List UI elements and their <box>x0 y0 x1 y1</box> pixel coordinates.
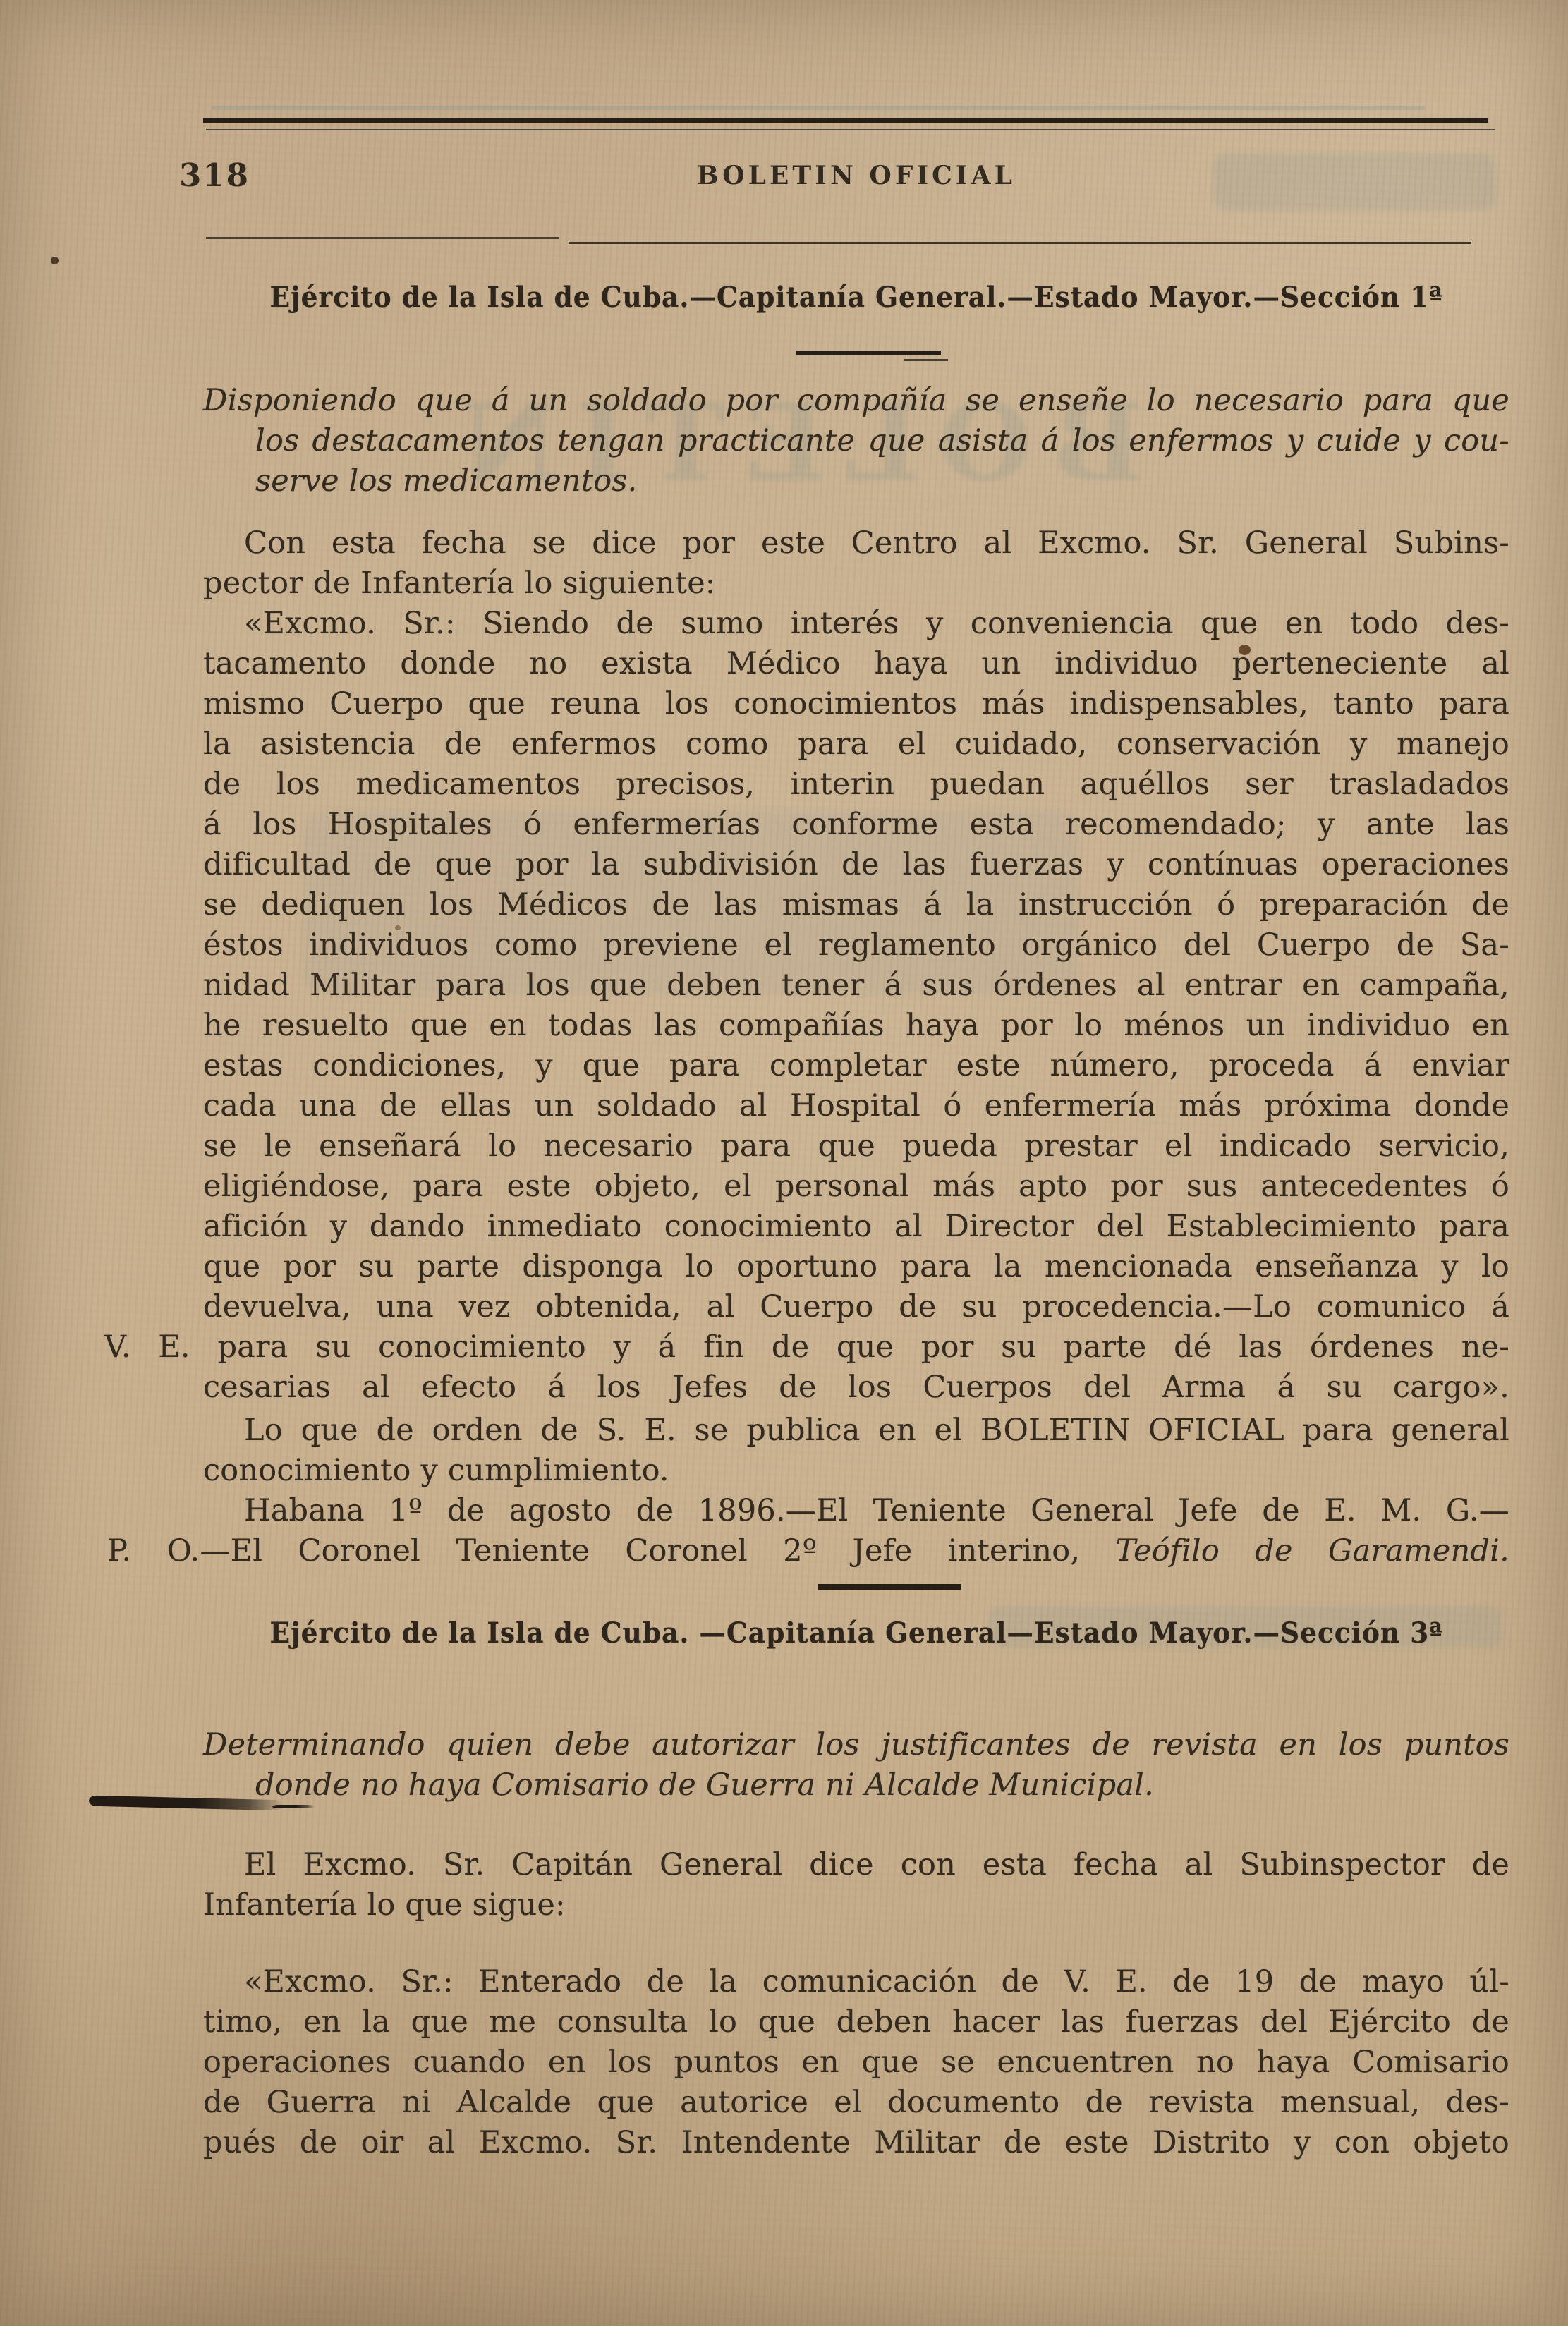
section-1-summary: Disponiendo que á un soldado por compañí… <box>203 381 1509 501</box>
text-line: Infantería lo que sigue: <box>203 1885 1509 1925</box>
text-line: Con esta fecha se dice por este Centro a… <box>203 523 1509 564</box>
top-rule-thin <box>206 129 1495 130</box>
section-2-intro-paragraph: El Excmo. Sr. Capitán General dice con e… <box>203 1845 1509 1925</box>
text-line: de los medicamentos precisos, interin pu… <box>203 765 1509 805</box>
text-line: eligiéndose, para este objeto, el person… <box>203 1167 1509 1207</box>
section-1-quoted-order: «Excmo. Sr.: Siendo de sumo interés y co… <box>203 604 1509 1408</box>
text-line: dificultad de que por la subdivisión de … <box>203 845 1509 885</box>
date-line-text: Habana 1º de agosto de 1896.—El Teniente… <box>244 1493 1509 1528</box>
ink-speck <box>1239 645 1251 655</box>
text-line: que por su parte disponga lo oportuno pa… <box>203 1247 1509 1287</box>
section-2-heading: Ejército de la Isla de Cuba. —Capitanía … <box>243 1616 1471 1650</box>
section-2-quoted-order: «Excmo. Sr.: Enterado de la comunicación… <box>203 1962 1509 2163</box>
text-line: V. E. para su conocimiento y á fin de qu… <box>104 1327 1509 1368</box>
text-line: El Excmo. Sr. Capitán General dice con e… <box>203 1845 1509 1885</box>
top-rule-ghost <box>212 106 1425 110</box>
text-line: los destacamentos tengan practicante que… <box>255 421 1509 461</box>
section-1-divider-tail <box>904 359 948 361</box>
text-line: donde no haya Comisario de Guerra ni Alc… <box>255 1765 1509 1806</box>
text-line: pector de Infantería lo siguiente: <box>203 564 1509 604</box>
text-line: devuelva, una vez obtenida, al Cuerpo de… <box>203 1287 1509 1327</box>
section-1-intro-paragraph: Con esta fecha se dice por este Centro a… <box>203 523 1509 604</box>
text-line: cesarias al efecto á los Jefes de los Cu… <box>203 1368 1509 1408</box>
section-1-date-signature: Habana 1º de agosto de 1896.—El Teniente… <box>203 1491 1509 1571</box>
text-line: se le enseñará lo necesario para que pue… <box>203 1126 1509 1167</box>
scanned-bulletin-page: BOLETIN 318 BOLETIN OFICIAL Ejército de … <box>0 0 1568 2326</box>
text-line: timo, en la que me consulta lo que deben… <box>203 2002 1509 2042</box>
text-line: nidad Militar para los que deben tener á… <box>203 966 1509 1006</box>
signature-name: Teófilo de Garamendi. <box>1116 1533 1509 1569</box>
text-line: «Excmo. Sr.: Enterado de la comunicación… <box>203 1962 1509 2002</box>
section-1-divider <box>796 351 941 355</box>
header-underline-left <box>206 237 559 239</box>
text-line: «Excmo. Sr.: Siendo de sumo interés y co… <box>203 604 1509 644</box>
section-2-divider <box>818 1584 961 1590</box>
text-line: operaciones cuando en los puntos en que … <box>203 2042 1509 2083</box>
page-header: 318 BOLETIN OFICIAL <box>203 157 1509 199</box>
po-line-text: P. O.—El Coronel Teniente Coronel 2º Jef… <box>107 1533 1116 1569</box>
text-line: P. O.—El Coronel Teniente Coronel 2º Jef… <box>107 1531 1509 1571</box>
text-line: afición y dando inmediato conocimiento a… <box>203 1207 1509 1247</box>
text-line: cada una de ellas un soldado al Hospital… <box>203 1086 1509 1126</box>
ink-speck <box>395 925 401 930</box>
section-2-summary: Determinando quien debe autorizar los ju… <box>203 1725 1509 1806</box>
text-line: conocimiento y cumplimiento. <box>203 1451 1509 1491</box>
text-line: mismo Cuerpo que reuna los conocimientos… <box>203 684 1509 724</box>
text-line: de Guerra ni Alcalde que autorice el doc… <box>203 2083 1509 2123</box>
section-1-heading: Ejército de la Isla de Cuba.—Capitanía G… <box>243 281 1471 314</box>
text-line: la asistencia de enfermos como para el c… <box>203 724 1509 765</box>
text-line: Disponiendo que á un soldado por compañí… <box>203 381 1509 421</box>
text-line: Lo que de orden de S. E. se publica en e… <box>203 1411 1509 1451</box>
text-line: estas condiciones, y que para completar … <box>203 1046 1509 1086</box>
text-line: serve los medicamentos. <box>255 461 1509 501</box>
ink-smudge-tail <box>272 1805 315 1808</box>
text-line: tacamento donde no exista Médico haya un… <box>203 644 1509 684</box>
text-line: Habana 1º de agosto de 1896.—El Teniente… <box>203 1491 1509 1531</box>
top-rule-thick <box>203 118 1488 123</box>
journal-title: BOLETIN OFICIAL <box>203 161 1509 190</box>
text-line: he resuelto que en todas las compañías h… <box>203 1006 1509 1046</box>
text-line: se dediquen los Médicos de las mismas á … <box>203 885 1509 925</box>
text-line: pués de oir al Excmo. Sr. Intendente Mil… <box>203 2123 1509 2163</box>
text-line: éstos individuos como previene el reglam… <box>203 925 1509 966</box>
section-1-publication-note: Lo que de orden de S. E. se publica en e… <box>203 1411 1509 1491</box>
header-underline-right <box>569 242 1471 244</box>
text-line: á los Hospitales ó enfermerías conforme … <box>203 805 1509 845</box>
ink-speck <box>51 257 59 264</box>
text-line: Determinando quien debe autorizar los ju… <box>203 1725 1509 1765</box>
